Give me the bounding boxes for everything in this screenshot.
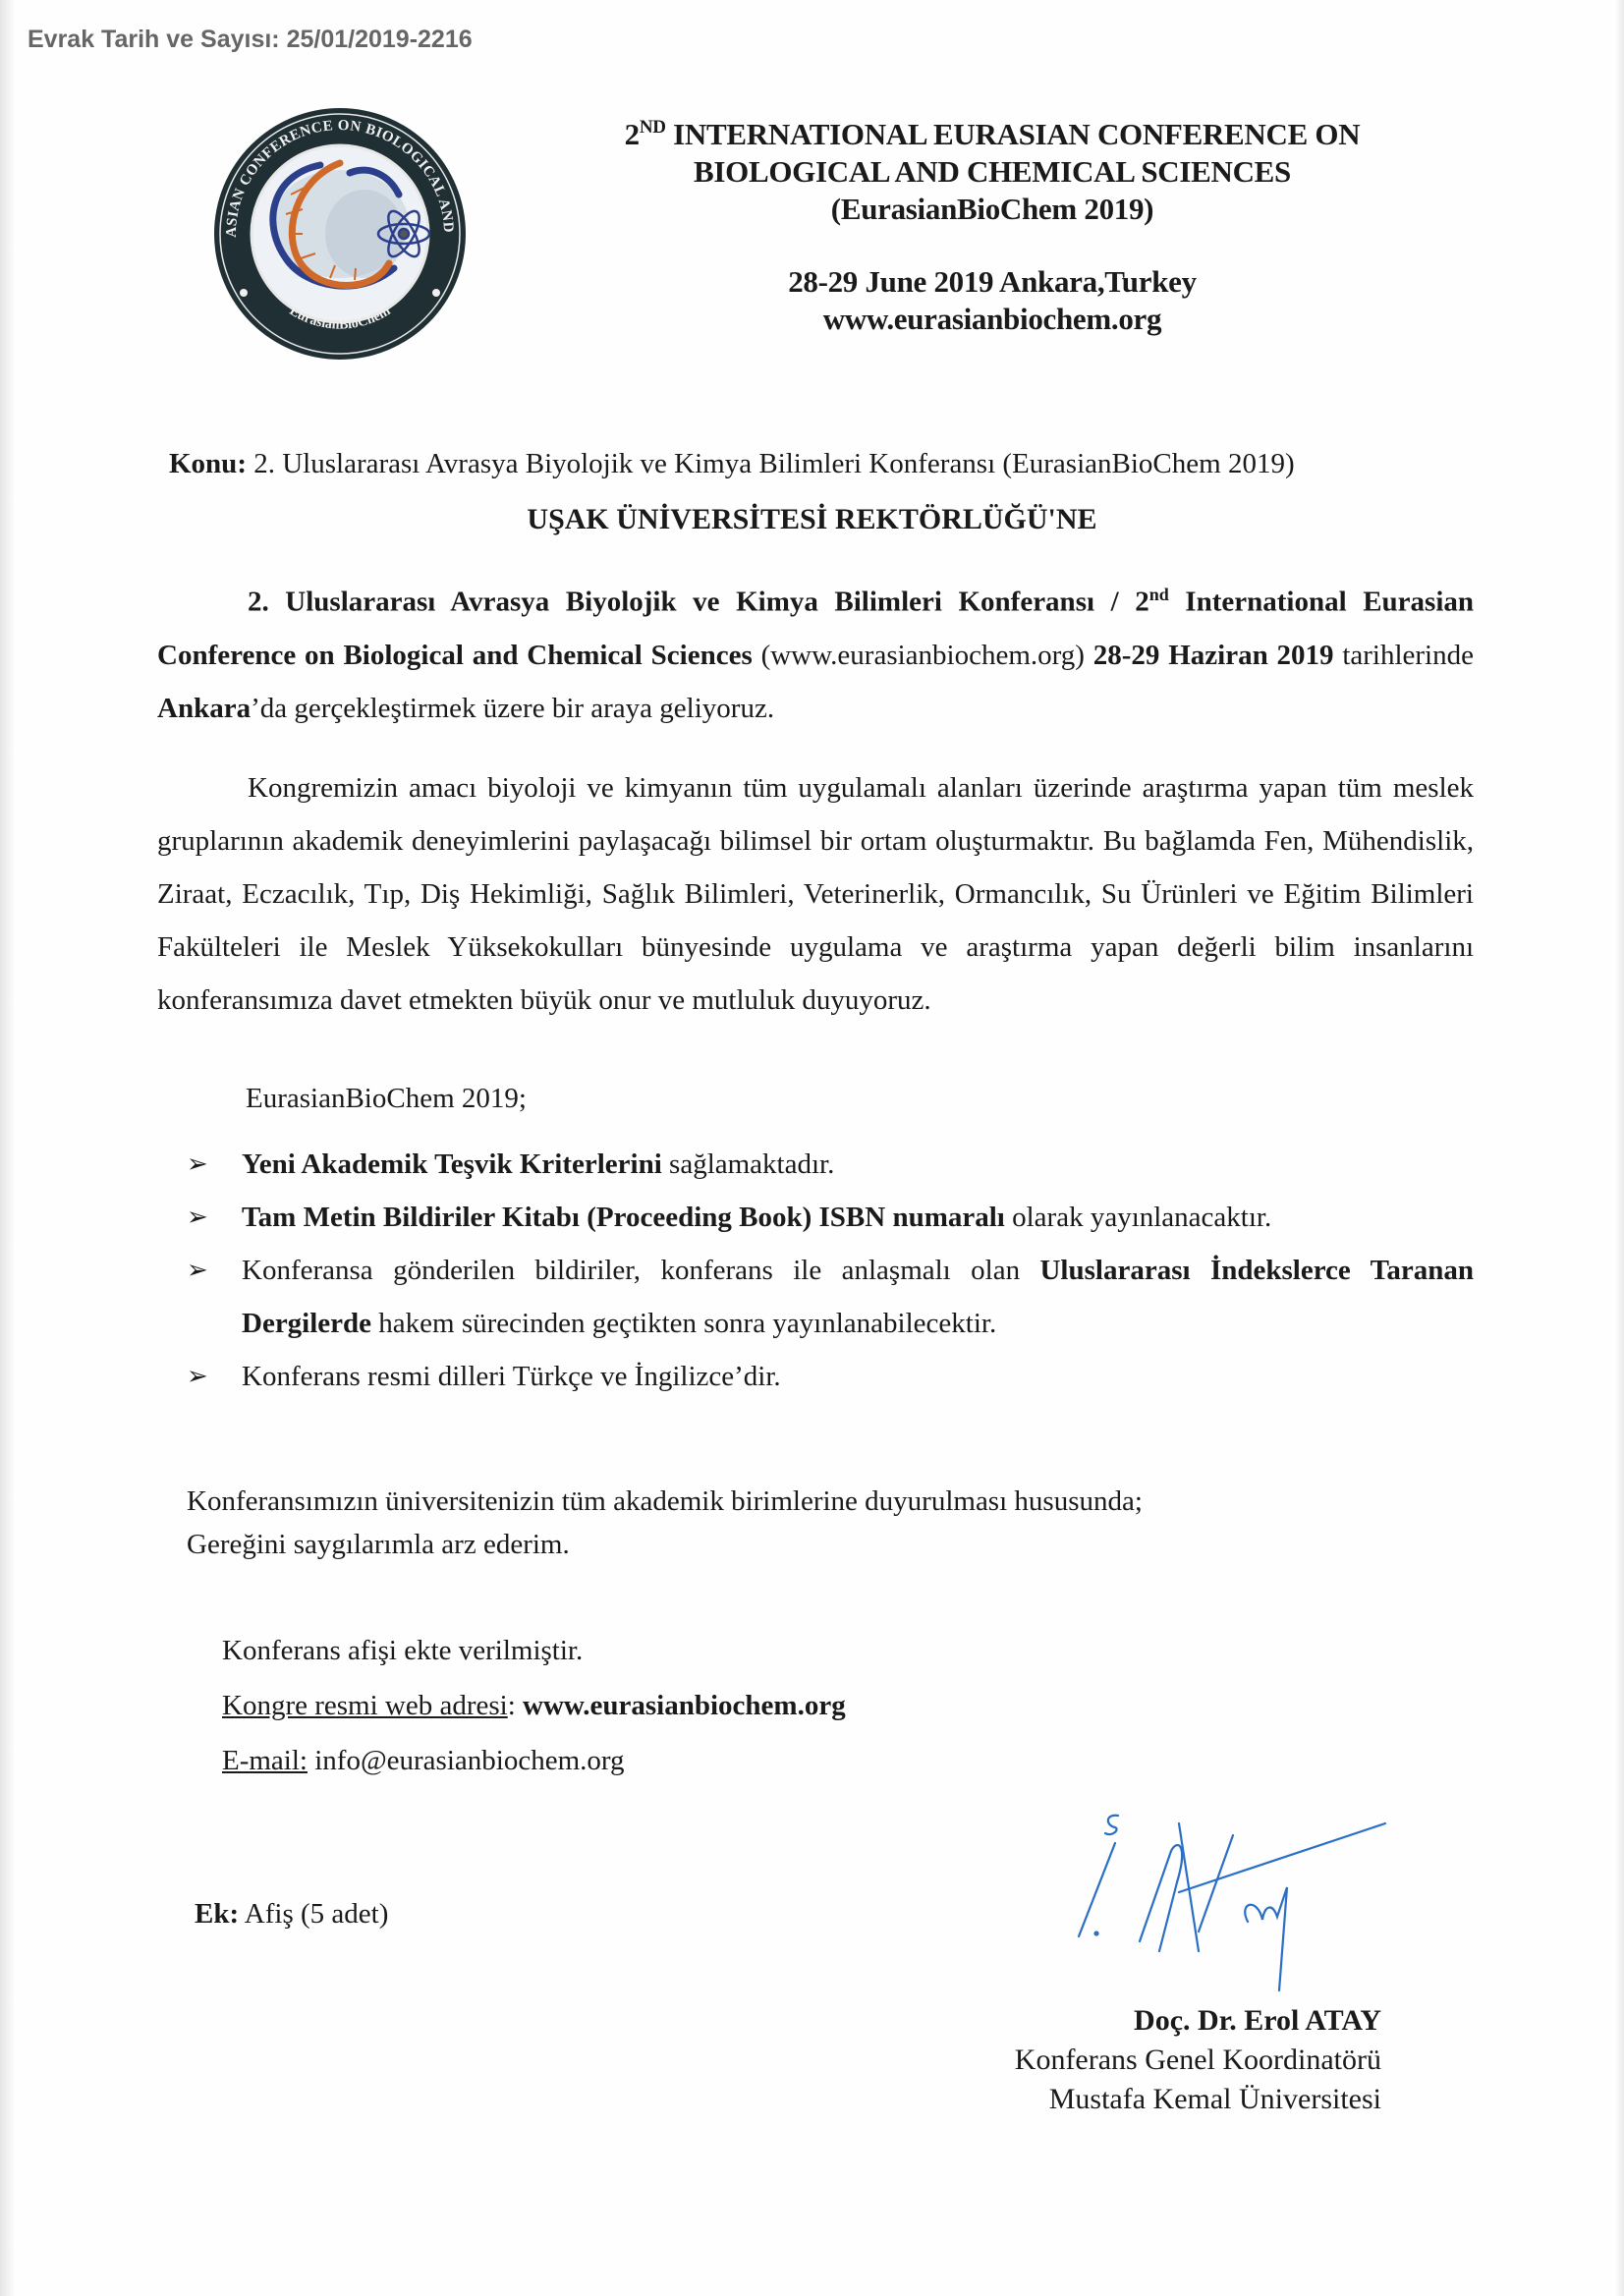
addressee: UŞAK ÜNİVERSİTESİ REKTÖRLÜĞÜ'NE — [0, 503, 1624, 536]
benefits-intro: EurasianBioChem 2019; — [246, 1083, 527, 1115]
list-item: ➢ Yeni Akademik Teşvik Kriterlerini sağl… — [187, 1138, 1474, 1191]
subject-label: Konu: — [169, 448, 247, 479]
attachment-label: Ek: — [195, 1898, 239, 1930]
closing-line-2: Gereğini saygılarımla arz ederim. — [187, 1523, 1143, 1566]
closing-text: Konferansımızın üniversitenizin tüm akad… — [187, 1480, 1143, 1566]
arrow-bullet-icon: ➢ — [187, 1191, 242, 1244]
arrow-bullet-icon: ➢ — [187, 1244, 242, 1297]
list-item: ➢ Konferans resmi dilleri Türkçe ve İngi… — [187, 1350, 1474, 1403]
website-link[interactable]: www.eurasianbiochem.org — [523, 1690, 846, 1721]
scan-edge-left — [0, 0, 14, 2296]
signer-institution: Mustafa Kemal Üniversitesi — [1015, 2080, 1381, 2119]
list-item: ➢ Konferansa gönderilen bildiriler, konf… — [187, 1244, 1474, 1350]
conference-logo: INTERNATIONAL EURASIAN CONFERENCE ON BIO… — [193, 86, 487, 371]
benefits-list: ➢ Yeni Akademik Teşvik Kriterlerini sağl… — [187, 1138, 1474, 1403]
scan-edge-right — [1616, 0, 1624, 2296]
closing-line-1: Konferansımızın üniversitenizin tüm akad… — [187, 1480, 1143, 1523]
conference-title-line-3: (EurasianBioChem 2019) — [550, 191, 1434, 228]
arrow-bullet-icon: ➢ — [187, 1350, 242, 1403]
conference-date-place: 28-29 June 2019 Ankara,Turkey — [550, 263, 1434, 301]
contact-info: Konferans afişi ekte verilmiştir. Kongre… — [222, 1623, 846, 1788]
subject-line: Konu: 2. Uluslararası Avrasya Biyolojik … — [169, 448, 1295, 480]
website-line: Kongre resmi web adresi: www.eurasianbio… — [222, 1678, 846, 1733]
poster-note: Konferans afişi ekte verilmiştir. — [222, 1623, 846, 1678]
subject-text: 2. Uluslararası Avrasya Biyolojik ve Kim… — [253, 448, 1294, 479]
conference-header: 2ND INTERNATIONAL EURASIAN CONFERENCE ON… — [550, 116, 1434, 338]
signer-title: Konferans Genel Koordinatörü — [1015, 2041, 1381, 2080]
email-link[interactable]: info@eurasianbiochem.org — [314, 1745, 624, 1776]
document-date-number-stamp: Evrak Tarih ve Sayısı: 25/01/2019-2216 — [28, 26, 473, 54]
list-item: ➢ Tam Metin Bildiriler Kitabı (Proceedin… — [187, 1191, 1474, 1244]
signer-block: Doç. Dr. Erol ATAY Konferans Genel Koord… — [1015, 2001, 1381, 2119]
conference-title-line-1: 2ND INTERNATIONAL EURASIAN CONFERENCE ON — [550, 116, 1434, 153]
conference-title-line-2: BIOLOGICAL AND CHEMICAL SCIENCES — [550, 153, 1434, 191]
signer-name: Doç. Dr. Erol ATAY — [1015, 2001, 1381, 2041]
arrow-bullet-icon: ➢ — [187, 1138, 242, 1191]
signature-icon — [1061, 1804, 1395, 2000]
email-line: E-mail: info@eurasianbiochem.org — [222, 1733, 846, 1788]
attachment-value: Afiş (5 adet) — [245, 1898, 389, 1930]
attachment-line: Ek: Afiş (5 adet) — [195, 1898, 388, 1931]
conference-website: www.eurasianbiochem.org — [550, 301, 1434, 338]
paragraph-1: 2. Uluslararası Avrasya Biyolojik ve Kim… — [157, 568, 1474, 735]
paragraph-2: Kongremizin amacı biyoloji ve kimyanın t… — [157, 761, 1474, 1027]
